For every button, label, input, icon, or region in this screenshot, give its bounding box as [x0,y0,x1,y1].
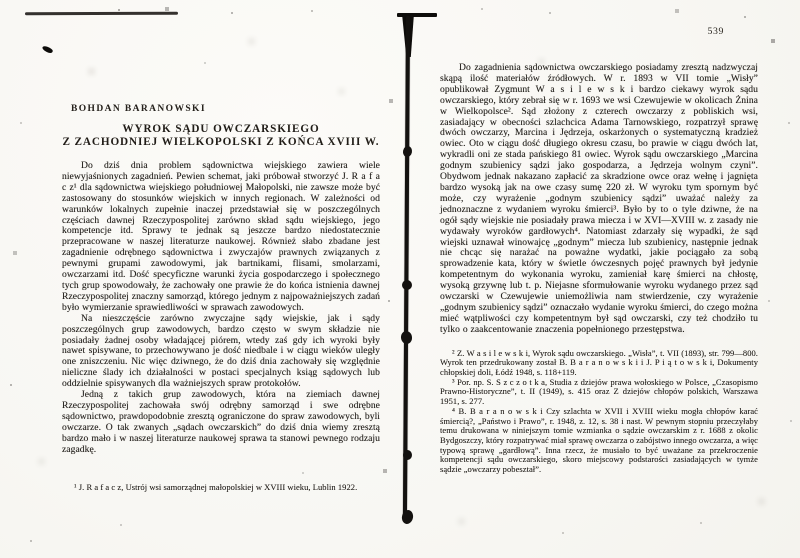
footnote: ⁴ B. B a r a n o w s k i Czy szlachta w … [440,407,758,475]
article-title: WYROK SĄDU OWCZARSKIEGO Z ZACHODNIEJ WIE… [62,123,380,149]
page-number: 539 [440,26,758,37]
right-page-body: Do zagadnienia sądownictwa owczarskiego … [440,63,758,336]
book-gutter-shadow [403,16,410,522]
ink-smudge [41,45,53,55]
body-paragraph: Do zagadnienia sądownictwa owczarskiego … [440,63,758,336]
gutter-ink-blob [402,145,413,157]
right-page: 539 Do zagadnienia sądownictwa owczarski… [440,26,758,475]
left-page-footnotes: ¹ J. R a f a c z, Ustrój wsi samorządnej… [62,483,380,493]
left-page-body: Do dziś dnia problem sądownictwa wiejski… [62,161,380,455]
article-author: BOHDAN BARANOWSKI [62,104,380,114]
article-title-line-1: WYROK SĄDU OWCZARSKIEGO [122,123,319,135]
left-page: BOHDAN BARANOWSKI WYROK SĄDU OWCZARSKIEG… [62,104,380,493]
footnote: ¹ J. R a f a c z, Ustrój wsi samorządnej… [62,483,380,493]
scan-artifact-line [25,12,178,16]
body-paragraph: Jedną z takich grup zawodowych, która na… [62,390,380,455]
body-paragraph: Do dziś dnia problem sądownictwa wiejski… [62,161,380,314]
article-title-line-2: Z ZACHODNIEJ WIELKOPOLSKI Z KOŃCA XVIII … [62,136,379,148]
scanned-journal-spread: BOHDAN BARANOWSKI WYROK SĄDU OWCZARSKIEG… [0,0,800,558]
body-paragraph: Na nieszczęście zarówno zwyczajne sądy w… [62,314,380,390]
right-page-footnotes: ² Z. W a s i l e w s k i, Wyrok sądu owc… [440,349,758,475]
gutter-ink-blob [402,280,412,290]
gutter-ink-blob [403,450,412,460]
gutter-ink-blob [401,509,415,525]
footnote: ³ Por. np. S. S z c z o t k a, Studia z … [440,378,758,407]
gutter-ink-blob [400,330,413,344]
footnote: ² Z. W a s i l e w s k i, Wyrok sądu owc… [440,349,758,378]
paper-texture-smudges [0,0,3,3]
